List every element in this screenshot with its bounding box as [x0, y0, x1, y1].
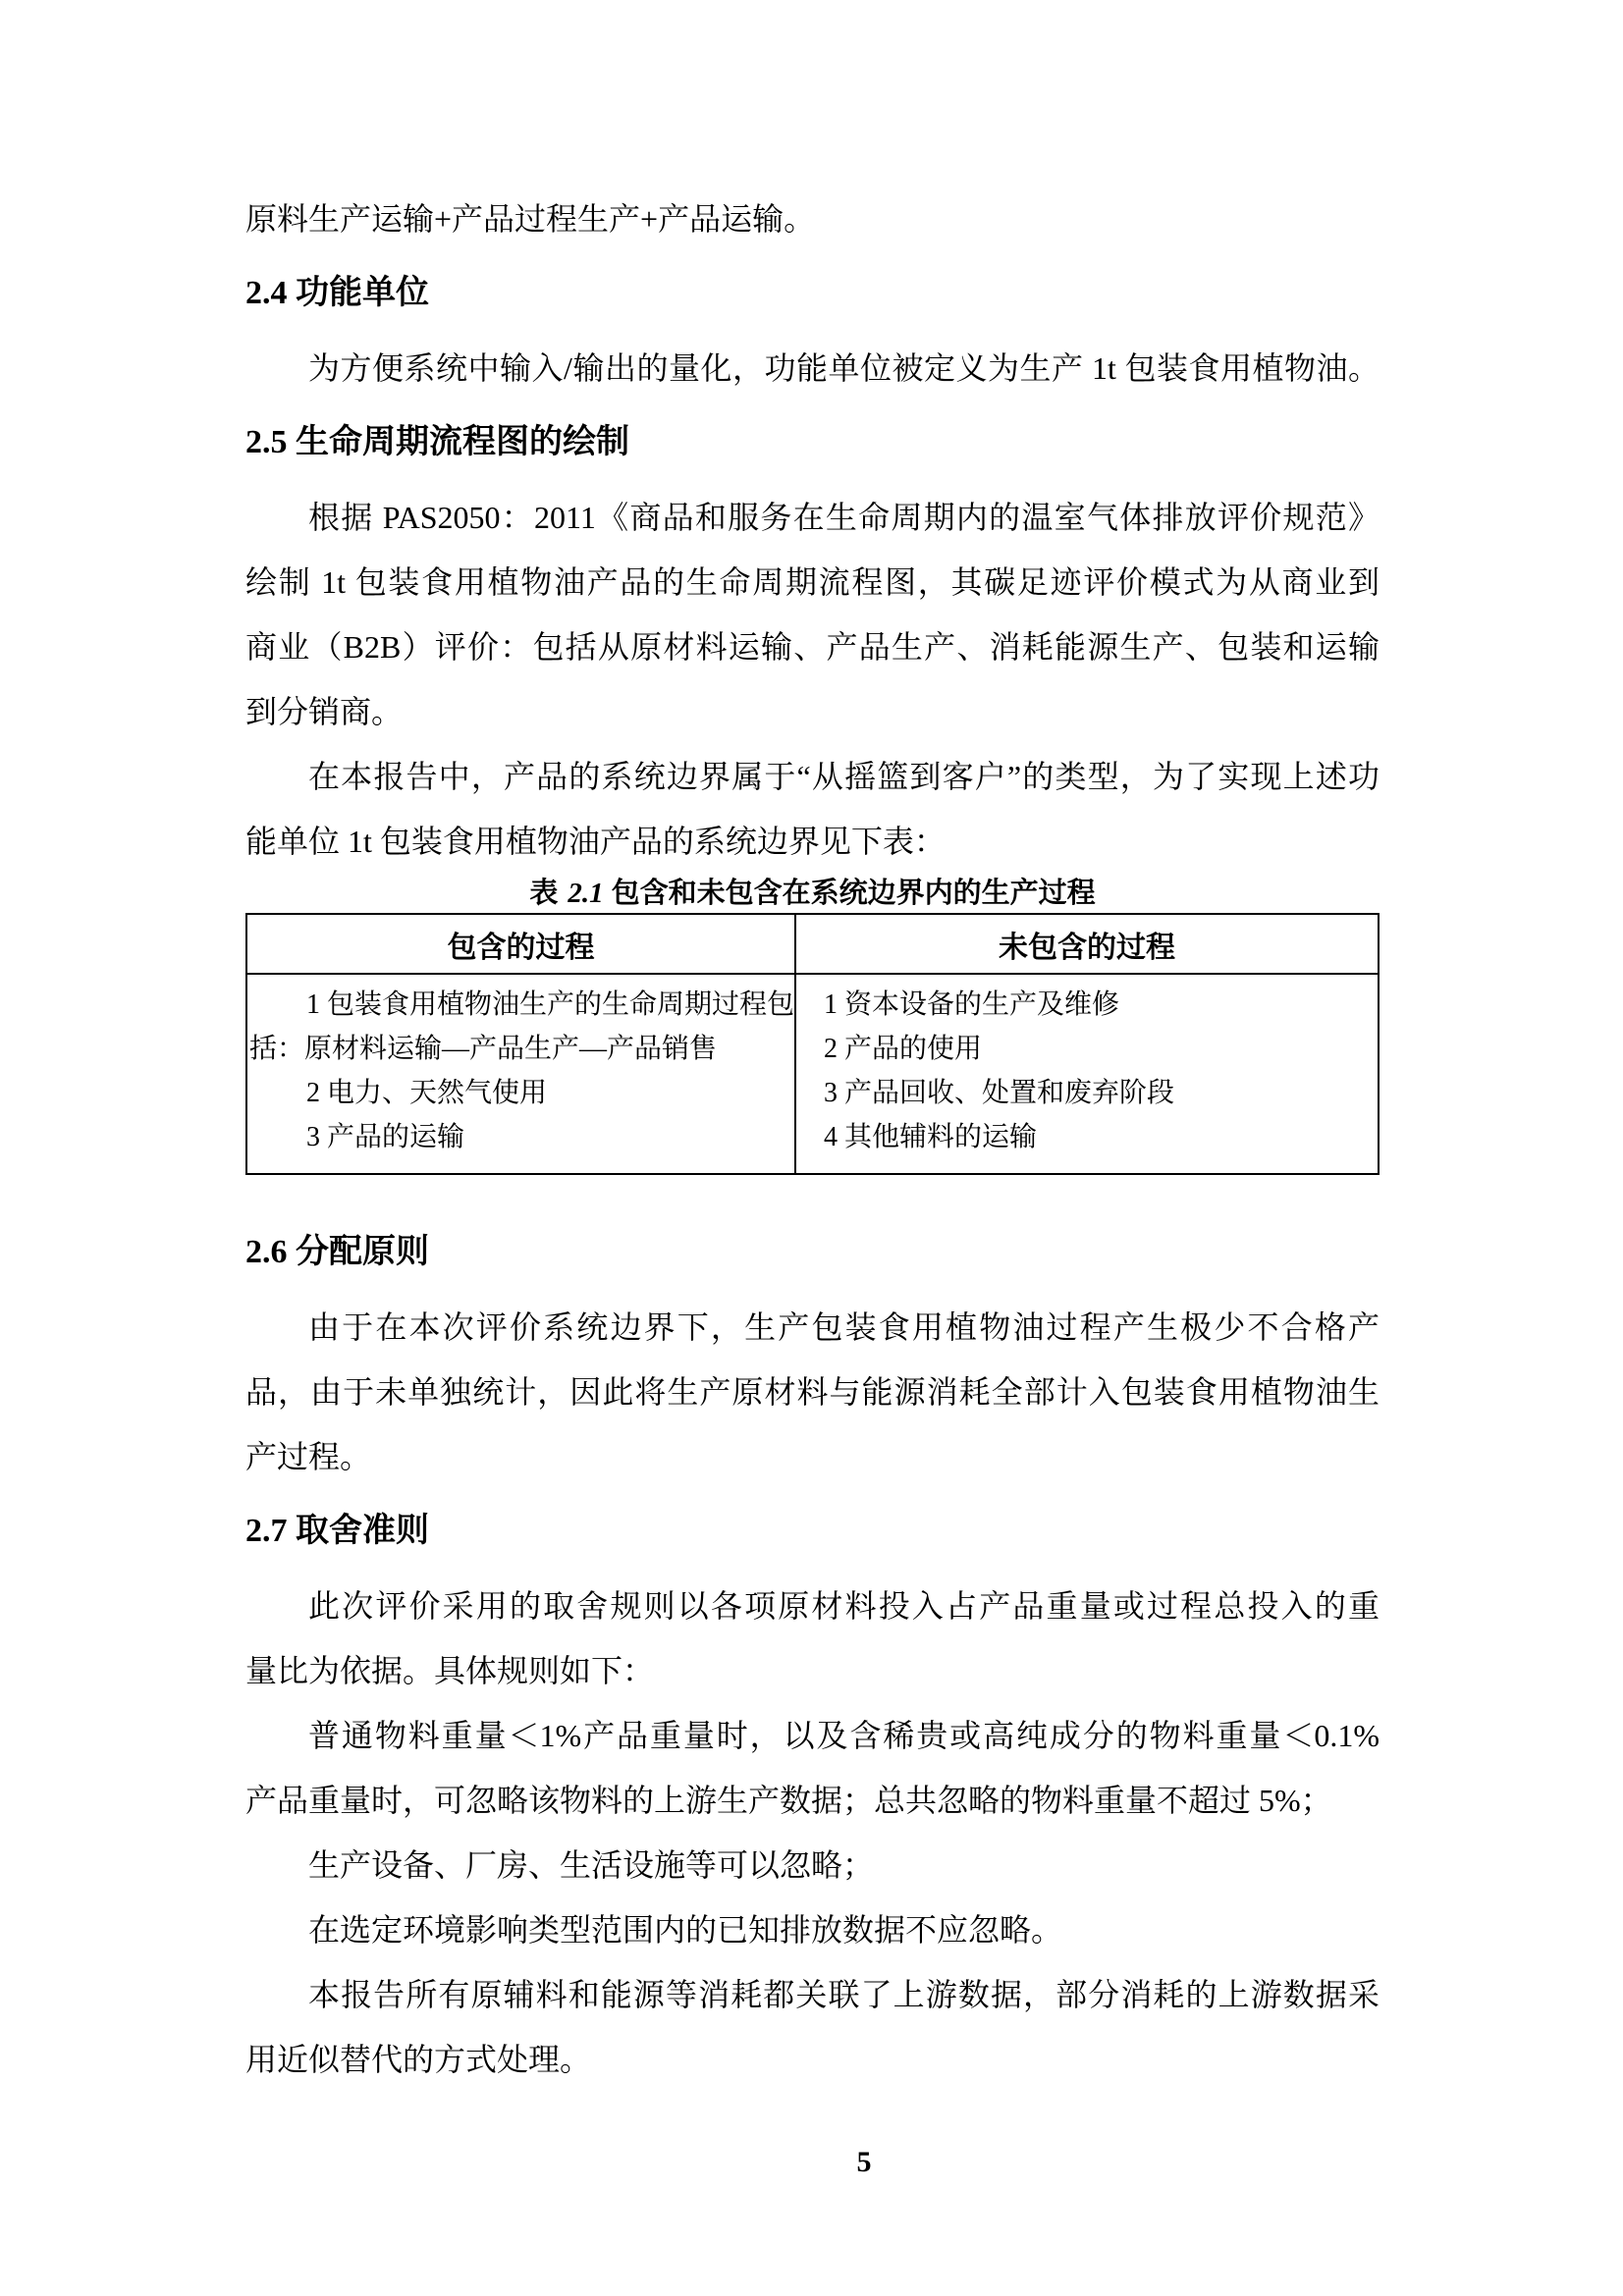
table-caption-prefix: 表: [529, 878, 558, 909]
page-number: 5: [835, 2146, 893, 2179]
body-text-line: 此次评价采用的取舍规则以各项原材料投入占产品重量或过程总投入的重: [245, 1574, 1380, 1638]
table-cell-line: 括：原材料运输—产品生产—产品销售: [249, 1027, 792, 1071]
body-text-line: 绘制 1t 包装食用植物油产品的生命周期流程图，其碳足迹评价模式为从商业到: [245, 550, 1380, 614]
document-content: 原料生产运输+产品过程生产+产品运输。 2.4 功能单位 为方便系统中输入/输出…: [245, 0, 1380, 2092]
table-cell-line: 2 产品的使用: [824, 1027, 1376, 1071]
body-text-line: 为方便系统中输入/输出的量化，功能单位被定义为生产 1t 包装食用植物油。: [245, 336, 1380, 400]
body-text-line: 由于在本次评价系统边界下，生产包装食用植物油过程产生极少不合格产: [245, 1295, 1380, 1360]
table-caption-number: 2.1: [568, 878, 603, 909]
body-text-line: 产过程。: [245, 1424, 1380, 1489]
body-text-line: 能单位 1t 包装食用植物油产品的系统边界见下表：: [245, 809, 1380, 874]
table-2-1: 包含的过程 未包含的过程 1 包装食用植物油生产的生命周期过程包 括：原材料运输…: [245, 913, 1380, 1175]
table-cell-line: 3 产品回收、处置和废弃阶段: [824, 1071, 1376, 1115]
body-text-line: 在选定环境影响类型范围内的已知排放数据不应忽略。: [245, 1897, 1380, 1962]
table-cell-line: 4 其他辅料的运输: [824, 1115, 1376, 1159]
body-text-line: 产品重量时，可忽略该物料的上游生产数据；总共忽略的物料重量不超过 5%；: [245, 1768, 1380, 1833]
section-heading-2-5: 2.5 生命周期流程图的绘制: [245, 410, 1380, 475]
table-caption-text: 包含和未包含在系统边界内的生产过程: [612, 878, 1096, 909]
table-header-included: 包含的过程: [247, 915, 796, 975]
body-text-line: 到分销商。: [245, 679, 1380, 744]
body-text-line: 商业（B2B）评价：包括从原材料运输、产品生产、消耗能源生产、包装和运输: [245, 614, 1380, 679]
table-cell-line: 3 产品的运输: [249, 1115, 792, 1159]
table-cell-line: 1 包装食用植物油生产的生命周期过程包: [249, 983, 792, 1027]
document-page: 原料生产运输+产品过程生产+产品运输。 2.4 功能单位 为方便系统中输入/输出…: [0, 0, 1623, 2296]
body-text-line: 原料生产运输+产品过程生产+产品运输。: [245, 187, 1380, 251]
table-cell-excluded: 1 资本设备的生产及维修 2 产品的使用 3 产品回收、处置和废弃阶段 4 其他…: [796, 975, 1378, 1173]
body-text-line: 根据 PAS2050：2011《商品和服务在生命周期内的温室气体排放评价规范》: [245, 485, 1380, 550]
section-heading-2-6: 2.6 分配原则: [245, 1220, 1380, 1285]
body-text-line: 在本报告中，产品的系统边界属于“从摇篮到客户”的类型，为了实现上述功: [245, 744, 1380, 809]
body-text-line: 本报告所有原辅料和能源等消耗都关联了上游数据，部分消耗的上游数据采: [245, 1962, 1380, 2027]
body-text-line: 量比为依据。具体规则如下：: [245, 1638, 1380, 1703]
section-heading-2-7: 2.7 取舍准则: [245, 1499, 1380, 1564]
table-cell-line: 1 资本设备的生产及维修: [824, 983, 1376, 1027]
body-text-line: 用近似替代的方式处理。: [245, 2027, 1380, 2092]
body-text-line: 普通物料重量＜1%产品重量时，以及含稀贵或高纯成分的物料重量＜0.1%: [245, 1703, 1380, 1768]
body-text-line: 生产设备、厂房、生活设施等可以忽略；: [245, 1833, 1380, 1897]
table-header-excluded: 未包含的过程: [796, 915, 1378, 975]
body-text-line: 品，由于未单独统计，因此将生产原材料与能源消耗全部计入包装食用植物油生: [245, 1360, 1380, 1424]
table-cell-included: 1 包装食用植物油生产的生命周期过程包 括：原材料运输—产品生产—产品销售 2 …: [247, 975, 796, 1173]
section-heading-2-4: 2.4 功能单位: [245, 261, 1380, 326]
table-caption: 表2.1包含和未包含在系统边界内的生产过程: [245, 874, 1380, 913]
table-cell-line: 2 电力、天然气使用: [249, 1071, 792, 1115]
